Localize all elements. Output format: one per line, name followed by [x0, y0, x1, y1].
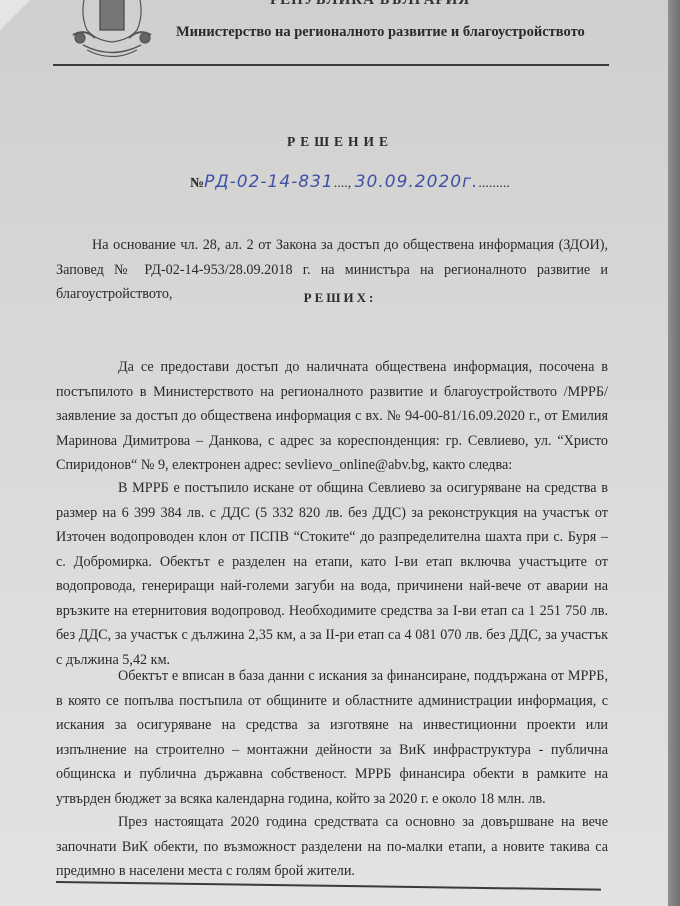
ministry-heading: Министерство на регионалното развитие и …	[176, 24, 585, 41]
paragraph-2: В МРРБ е постъпило искане от община Севл…	[56, 476, 608, 672]
coat-of-arms-icon	[65, 0, 160, 58]
basis-line-1: На основание чл. 28, ал. 2 от Закона за …	[92, 237, 608, 253]
background-surface	[668, 0, 680, 906]
document-number-line: №РД-02-14-831...., 30.09.2020г..........	[190, 172, 510, 192]
handwritten-date: 30.09.2020г.	[355, 172, 479, 192]
page-fold	[0, 0, 30, 30]
decided-heading: РЕШИХ:	[0, 290, 680, 306]
document-title: РЕШЕНИЕ	[0, 134, 680, 150]
basis-line-2: Заповед № РД-02-14-953/28.09.2018 г. на …	[56, 262, 608, 278]
republic-heading: РЕПУБЛИКА БЪЛГАРИЯ	[270, 0, 470, 9]
paragraph-4: През настоящата 2020 година средствата с…	[56, 810, 608, 884]
header-divider	[53, 64, 609, 66]
handwritten-number: РД-02-14-831	[204, 172, 334, 192]
paragraph-3: Обектът е вписан в база данни с искания …	[56, 664, 608, 811]
number-sign: №	[190, 176, 204, 191]
document-page: РЕПУБЛИКА БЪЛГАРИЯ Министерство на регио…	[0, 0, 668, 906]
paragraph-1: Да се предостави достъп до наличната общ…	[56, 355, 608, 478]
